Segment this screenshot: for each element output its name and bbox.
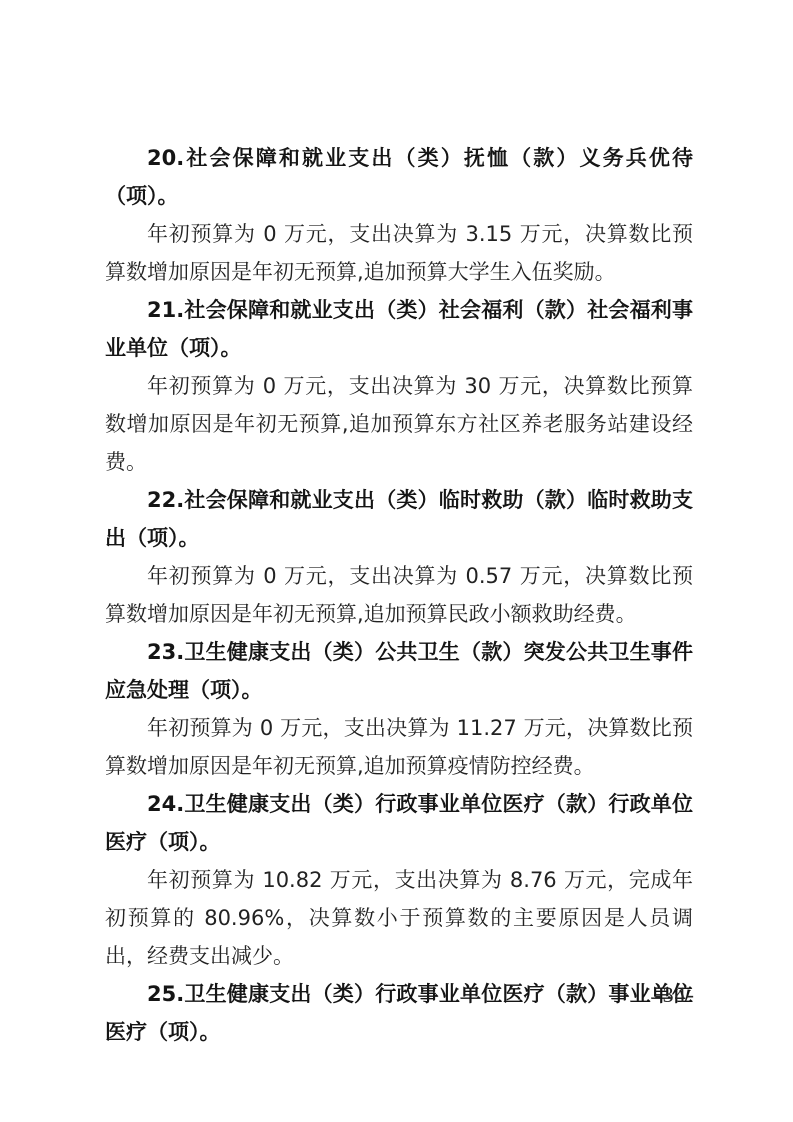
item-23-body: 年初预算为 0 万元，支出决算为 11.27 万元，决算数比预算数增加原因是年初… [105, 709, 693, 785]
budget-item-21: 21.社会保障和就业支出（类）社会福利（款）社会福利事业单位（项）。 年初预算为… [105, 291, 693, 481]
item-20-heading: 20.社会保障和就业支出（类）抚恤（款）义务兵优待（项）。 [105, 139, 693, 215]
page-content: 20.社会保障和就业支出（类）抚恤（款）义务兵优待（项）。 年初预算为 0 万元… [105, 139, 693, 1051]
item-24-body: 年初预算为 10.82 万元，支出决算为 8.76 万元，完成年初预算的 80.… [105, 861, 693, 975]
budget-item-23: 23.卫生健康支出（类）公共卫生（款）突发公共卫生事件应急处理（项）。 年初预算… [105, 633, 693, 785]
budget-item-25: 25.卫生健康支出（类）行政事业单位医疗（款）事业单位医疗（项）。 [105, 975, 693, 1051]
budget-item-20: 20.社会保障和就业支出（类）抚恤（款）义务兵优待（项）。 年初预算为 0 万元… [105, 139, 693, 291]
budget-item-22: 22.社会保障和就业支出（类）临时救助（款）临时救助支出（项）。 年初预算为 0… [105, 481, 693, 633]
document-page: 20.社会保障和就业支出（类）抚恤（款）义务兵优待（项）。 年初预算为 0 万元… [0, 0, 793, 1122]
item-21-heading: 21.社会保障和就业支出（类）社会福利（款）社会福利事业单位（项）。 [105, 291, 693, 367]
item-23-heading: 23.卫生健康支出（类）公共卫生（款）突发公共卫生事件应急处理（项）。 [105, 633, 693, 709]
item-25-heading: 25.卫生健康支出（类）行政事业单位医疗（款）事业单位医疗（项）。 [105, 975, 693, 1051]
item-22-body: 年初预算为 0 万元，支出决算为 0.57 万元，决算数比预算数增加原因是年初无… [105, 557, 693, 633]
item-20-body: 年初预算为 0 万元，支出决算为 3.15 万元，决算数比预算数增加原因是年初无… [105, 215, 693, 291]
item-22-heading: 22.社会保障和就业支出（类）临时救助（款）临时救助支出（项）。 [105, 481, 693, 557]
budget-item-24: 24.卫生健康支出（类）行政事业单位医疗（款）行政单位医疗（项）。 年初预算为 … [105, 785, 693, 975]
page-number: -34- [654, 982, 695, 1008]
item-21-body: 年初预算为 0 万元，支出决算为 30 万元，决算数比预算数增加原因是年初无预算… [105, 367, 693, 481]
item-24-heading: 24.卫生健康支出（类）行政事业单位医疗（款）行政单位医疗（项）。 [105, 785, 693, 861]
